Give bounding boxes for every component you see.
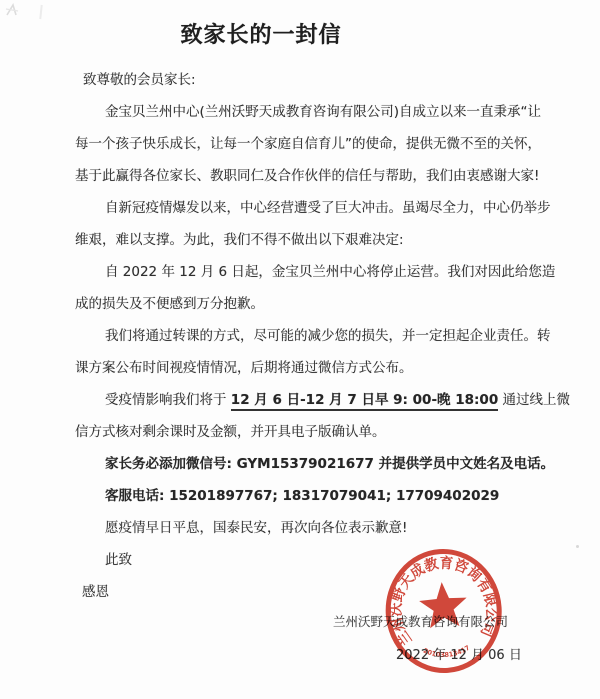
phone-contact-line: 客服电话: 15201897767; 18317079041; 17709402… — [105, 480, 580, 512]
paragraph-line: 我们将通过转课的方式，尽可能的减少您的损失，并一定担起企业责任。转 — [105, 320, 580, 352]
scan-artifact-tick — [39, 5, 42, 19]
letter-title: 致家长的一封信 — [0, 18, 522, 49]
svg-text:20103813417: 20103813417 — [421, 643, 471, 660]
letter-body: 致尊敬的会员家长: 金宝贝兰州中心(兰州沃野天成教育咨询有限公司)自成立以来一直… — [75, 64, 580, 608]
scan-artifact-mark — [4, 2, 22, 18]
seal-serial-number: 20103813417 — [421, 643, 471, 660]
company-seal-stamp-icon: 兰州沃野天成教育咨询有限公司 20103813417 — [364, 538, 524, 693]
paragraph-line: 维艰，难以支撑。为此，我们不得不做出以下艰难决定: — [75, 224, 580, 256]
wechat-contact-line: 家长务必添加微信号: GYM15379021677 并提供学员中文姓名及电话。 — [105, 448, 580, 480]
paragraph-line: 基于此赢得各位家长、教职同仁及合作伙伴的信任与帮助，我们由衷感谢大家! — [75, 160, 580, 192]
greeting-line: 致尊敬的会员家长: — [83, 64, 580, 96]
schedule-line: 信方式核对剩余课时及金额，并开具电子版确认单。 — [75, 416, 580, 448]
paragraph-line: 课方案公布时间视疫情情况，后期将通过微信方式公布。 — [75, 352, 580, 384]
schedule-suffix: 通过线上微 — [498, 392, 570, 408]
seal-star-icon — [418, 580, 469, 628]
letter-page: 致家长的一封信 致尊敬的会员家长: 金宝贝兰州中心(兰州沃野天成教育咨询有限公司… — [0, 0, 600, 699]
paragraph-line: 金宝贝兰州中心(兰州沃野天成教育咨询有限公司)自成立以来一直秉承“让 — [105, 96, 580, 128]
closure-announcement-line: 自 2022 年 12 月 6 日起，金宝贝兰州中心将停止运营。我们对因此给您造 — [105, 256, 580, 288]
schedule-line: 受疫情影响我们将于 12 月 6 日-12 月 7 日早 9: 00-晚 18:… — [105, 384, 580, 416]
schedule-prefix: 受疫情影响我们将于 — [105, 392, 231, 408]
schedule-dates-underlined: 12 月 6 日-12 月 7 日早 9: 00-晚 18:00 — [231, 392, 498, 411]
closure-announcement-line: 成的损失及不便感到万分抱歉。 — [75, 288, 580, 320]
paragraph-line: 每一个孩子快乐成长，让每一个家庭自信育儿”的使命，提供无微不至的关怀， — [75, 128, 580, 160]
paragraph-line: 自新冠疫情爆发以来，中心经营遭受了巨大冲击。虽竭尽全力，中心仍举步 — [105, 192, 580, 224]
